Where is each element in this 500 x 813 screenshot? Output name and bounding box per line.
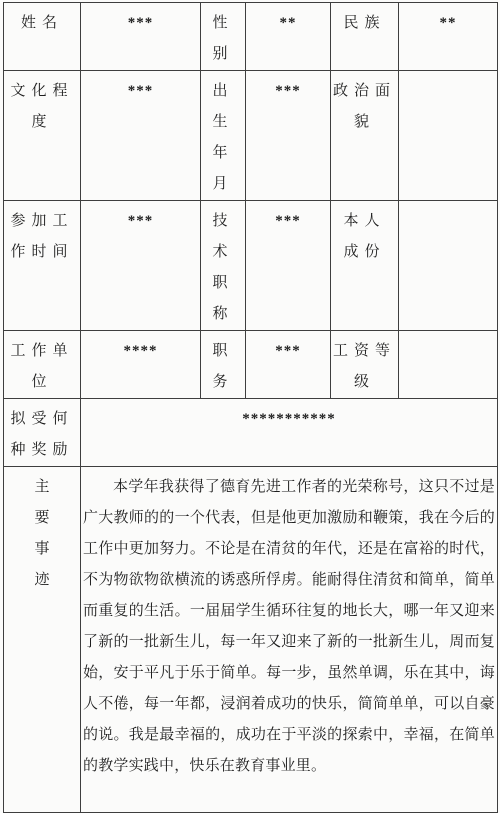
table-row: 姓名 *** 性别 ** 民族 ** [4, 3, 498, 71]
table-row: 文化程度 *** 出生 年月 *** 政治面 貌 [4, 71, 498, 201]
salary-grade-label: 工资等 级 [331, 331, 399, 399]
technical-title-label: 技术 职称 [201, 201, 246, 331]
table-row: 工作单位 **** 职务 *** 工资等 级 [4, 331, 498, 399]
main-deeds-text: 本学年我获得了德育先进工作者的光荣称号，这只不过是广大教师的的一个代表，但是他更… [81, 467, 498, 813]
scanned-form-page: 姓名 *** 性别 ** 民族 ** 文化程度 *** 出生 年月 *** 政治… [3, 2, 497, 638]
salary-grade-value [399, 331, 498, 399]
work-unit-label: 工作单位 [4, 331, 81, 399]
proposed-award-label: 拟受何 种奖励 [4, 399, 81, 467]
birth-date-label: 出生 年月 [201, 71, 246, 201]
ethnicity-label: 民族 [331, 3, 399, 71]
personal-status-label: 本人 成份 [331, 201, 399, 331]
work-start-label: 参加工 作时间 [4, 201, 81, 331]
position-label: 职务 [201, 331, 246, 399]
education-value: *** [81, 71, 201, 201]
table-row: 参加工 作时间 *** 技术 职称 *** 本人 成份 [4, 201, 498, 331]
gender-value: ** [246, 3, 331, 71]
education-label: 文化程度 [4, 71, 81, 201]
work-unit-value: **** [81, 331, 201, 399]
name-value: *** [81, 3, 201, 71]
name-label: 姓名 [4, 3, 81, 71]
personal-status-value [399, 201, 498, 331]
main-deeds-label: 主 要 事 迹 [4, 467, 81, 813]
ethnicity-value: ** [399, 3, 498, 71]
position-value: *** [246, 331, 331, 399]
award-registration-form: 姓名 *** 性别 ** 民族 ** 文化程度 *** 出生 年月 *** 政治… [3, 2, 498, 813]
table-row: 拟受何 种奖励 *********** [4, 399, 498, 467]
work-start-value: *** [81, 201, 201, 331]
gender-label: 性别 [201, 3, 246, 71]
table-row: 主 要 事 迹 本学年我获得了德育先进工作者的光荣称号，这只不过是广大教师的的一… [4, 467, 498, 813]
political-status-label: 政治面 貌 [331, 71, 399, 201]
proposed-award-value: *********** [81, 399, 498, 467]
political-status-value [399, 71, 498, 201]
technical-title-value: *** [246, 201, 331, 331]
birth-date-value: *** [246, 71, 331, 201]
